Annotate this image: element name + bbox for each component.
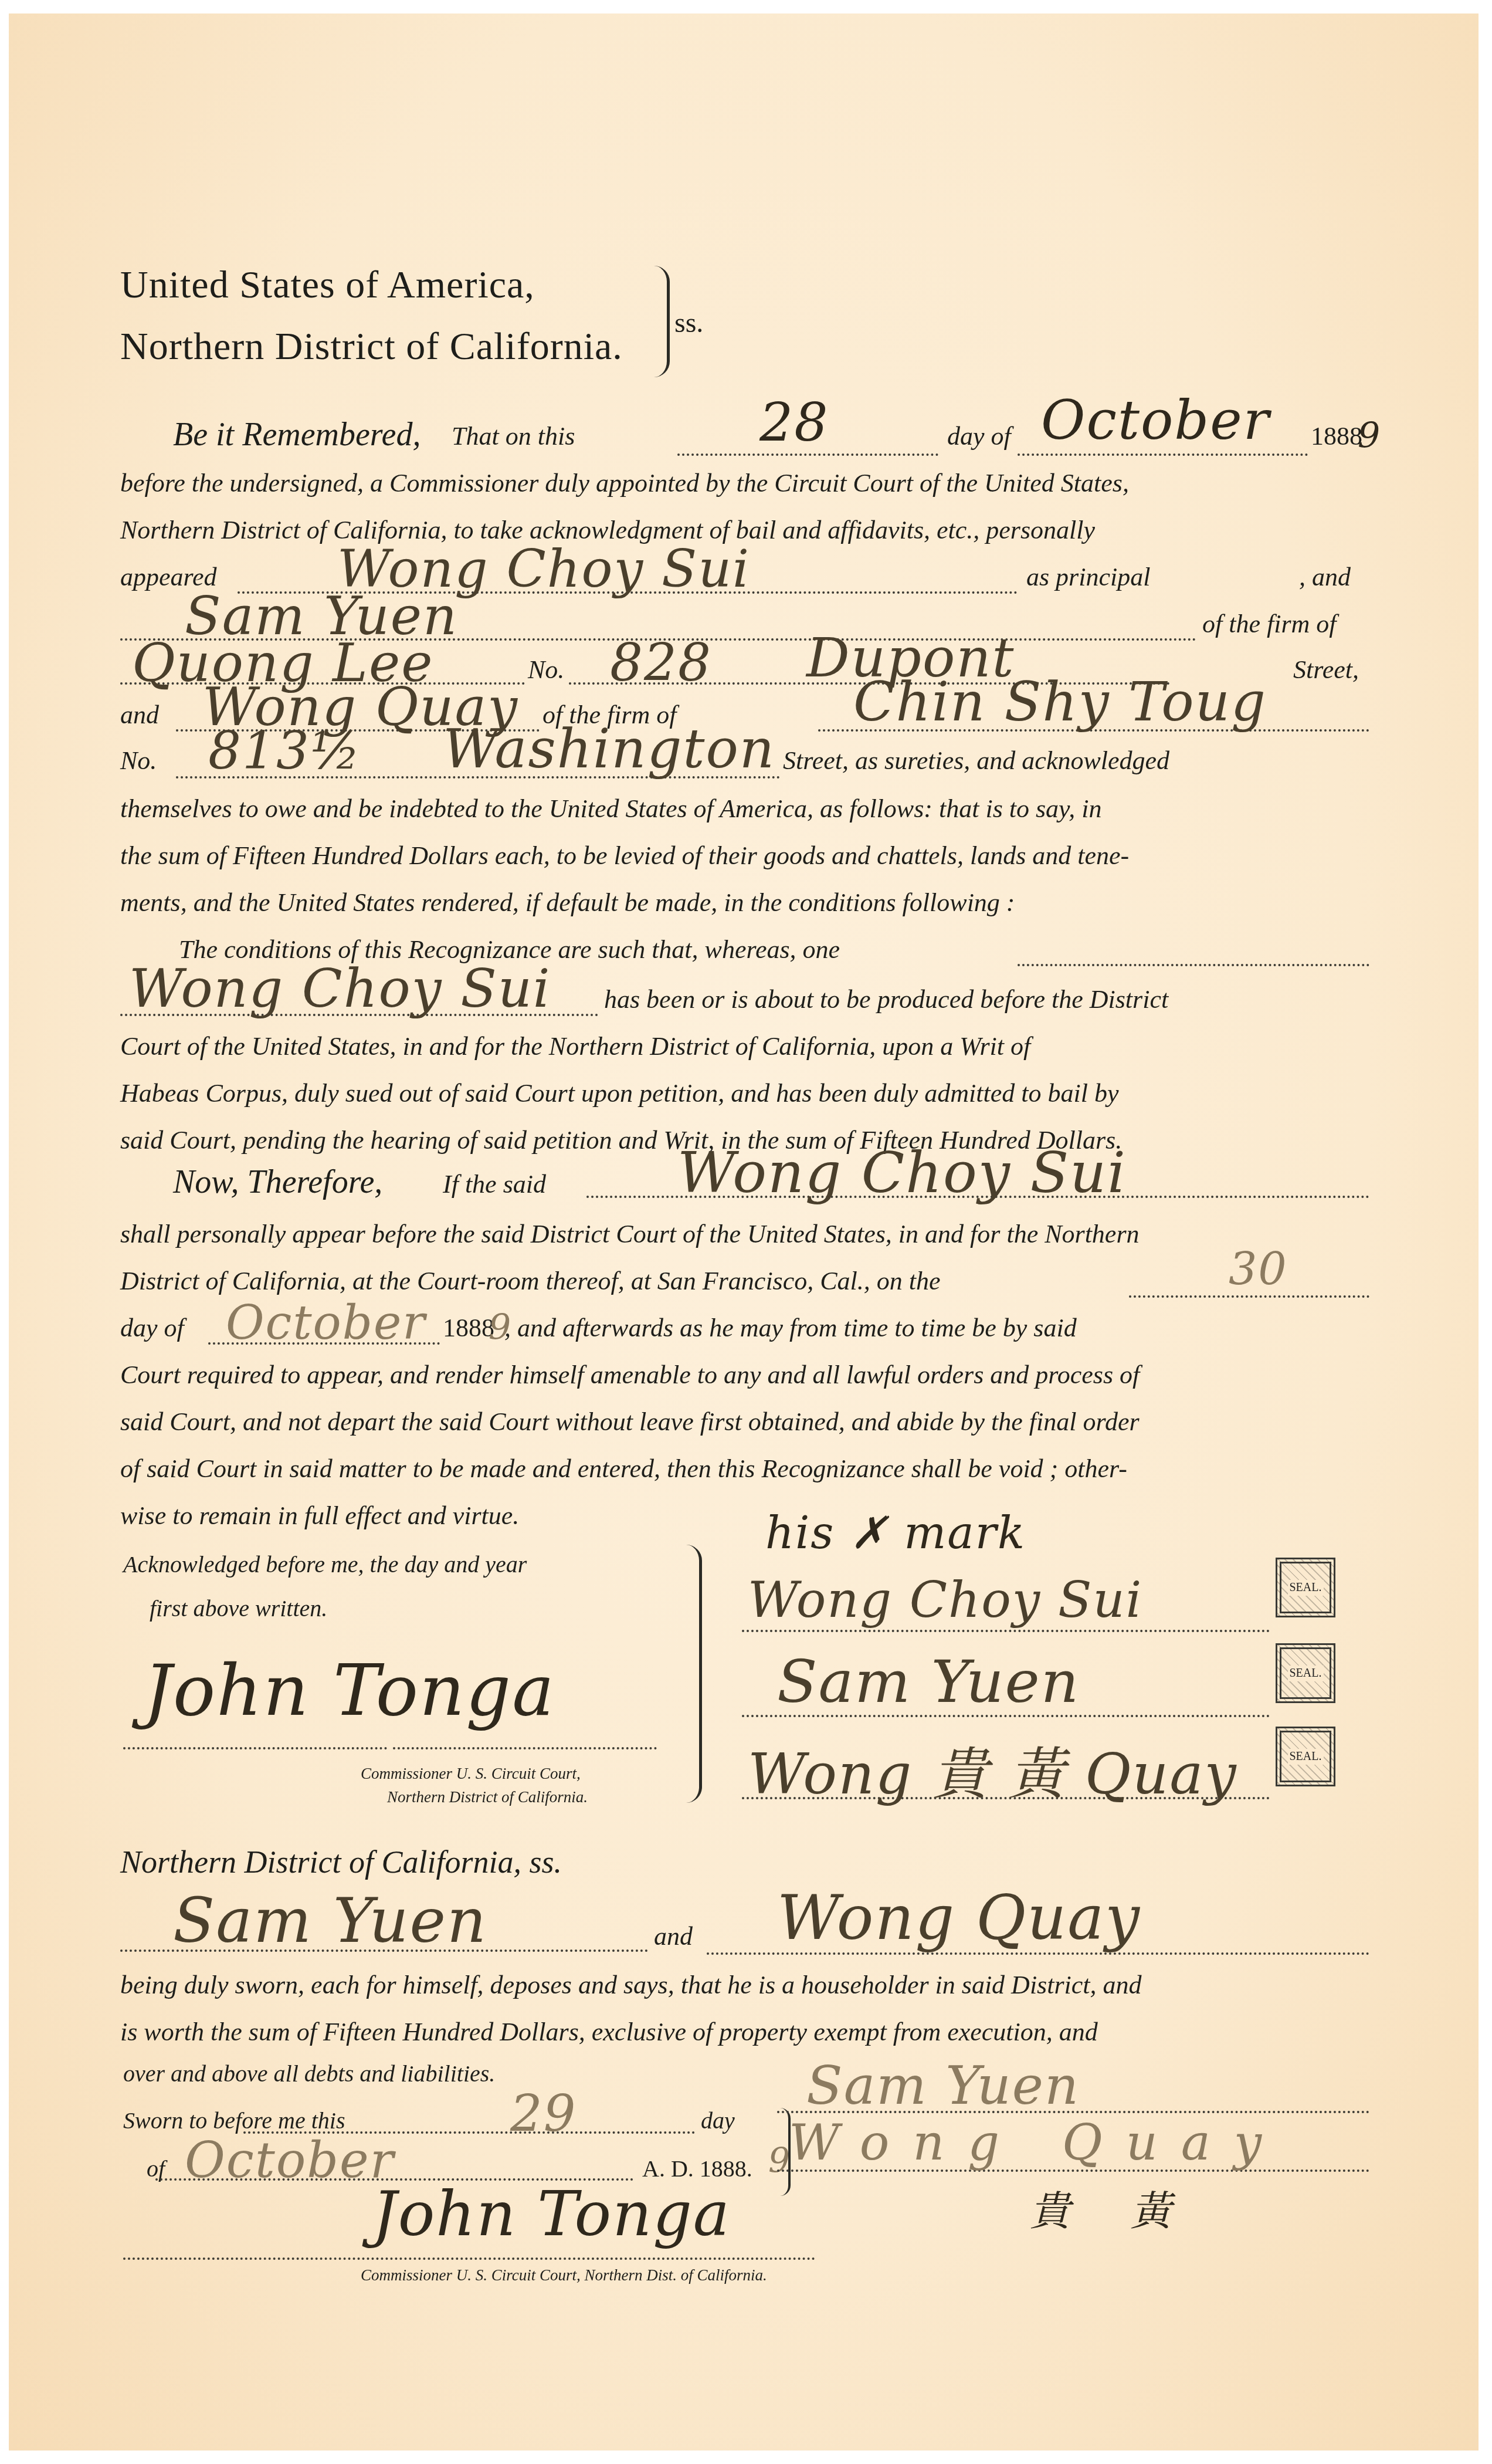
sureties-line: Street, as sureties, and acknowledged (783, 746, 1169, 776)
sworn-month-value: October (185, 2131, 395, 2189)
header-brace (654, 266, 670, 377)
commissioner-fill-line-1 (123, 1747, 387, 1749)
seal-label-2: SEAL. (1288, 1666, 1324, 1681)
day-value: 28 (759, 392, 829, 453)
ments-line: ments, and the United States rendered, i… (120, 888, 1015, 918)
affidavit-heading: Northern District of California, ss. (120, 1844, 562, 1880)
signature-surety-1: Sam Yuen (777, 1647, 1080, 1716)
commissioner-fill-line-1b (393, 1747, 657, 1749)
seal-3: SEAL. (1276, 1727, 1335, 1786)
commissioner-signature-1: John Tonga (144, 1650, 555, 1732)
therefore-month-value: October (226, 1295, 426, 1350)
therefore-day-fill-line (1129, 1295, 1369, 1298)
header-line-2: Northern District of California. (120, 324, 623, 369)
therefore-line-8: wise to remain in full effect and virtue… (120, 1501, 519, 1531)
be-it-remembered: Be it Remembered, (173, 416, 421, 453)
commissioner-signature-2: John Tonga (372, 2178, 731, 2250)
commissioner-title-2: Northern District of California. (387, 1788, 588, 1806)
sworn-label: Sworn to before me this (123, 2107, 345, 2134)
seal-label-3: SEAL. (1288, 1749, 1324, 1765)
therefore-line-6: said Court, and not depart the said Cour… (120, 1407, 1140, 1437)
commissioner-title-affidavit: Commissioner U. S. Circuit Court, Northe… (361, 2266, 767, 2284)
signature-fill-line-1 (742, 1630, 1270, 1632)
affidavit-surety1-value: Sam Yuen (173, 1885, 487, 1957)
year-overwrite: 9 (1358, 415, 1381, 456)
no2-value: 813½ (208, 720, 361, 781)
signature-principal: Wong Choy Sui (748, 1571, 1142, 1629)
conditions-fill-line-1 (1018, 964, 1369, 966)
year-printed: 1888 (1311, 421, 1362, 451)
therefore-year-printed: 1888 (443, 1313, 494, 1343)
street2-value: Washington (443, 717, 775, 780)
no1-value: 828 (610, 632, 712, 693)
day-of-label: day of (947, 421, 1011, 451)
seal-1: SEAL. (1276, 1558, 1335, 1617)
affidavit-line-1: being duly sworn, each for himself, depo… (120, 1970, 1142, 2000)
no-label-1: No. (528, 655, 564, 685)
acknowledgment-brace (686, 1545, 702, 1803)
as-principal-label: as principal (1026, 562, 1150, 592)
seal-2: SEAL. (1276, 1643, 1335, 1703)
therefore-day-value: 30 (1229, 1243, 1288, 1295)
affidavit-line-2: is worth the sum of Fifteen Hundred Doll… (120, 2017, 1098, 2047)
therefore-name-value: Wong Choy Sui (677, 1140, 1127, 1206)
sworn-day-label: day (701, 2107, 735, 2134)
conditions-name-value: Wong Choy Sui (129, 958, 551, 1020)
therefore-day-of-label: day of (120, 1313, 184, 1343)
owe-line: themselves to owe and be indebted to the… (120, 794, 1101, 824)
conditions-line-4: Habeas Corpus, duly sued out of said Cou… (120, 1078, 1118, 1108)
conditions-line-3: Court of the United States, in and for t… (120, 1031, 1030, 1061)
affidavit-and-label: and (654, 1921, 693, 1951)
mark-note: his ✗ mark (765, 1507, 1026, 1559)
acknowledged-line-1: Acknowledged before me, the day and year (123, 1551, 527, 1578)
affiant-signature-1: Sam Yuen (806, 2055, 1080, 2117)
month-value: October (1041, 389, 1270, 452)
conditions-line-2: has been or is about to be produced befo… (604, 984, 1168, 1014)
affidavit-line-3: over and above all debts and liabilities… (123, 2060, 495, 2087)
and-label-2: and (120, 700, 159, 730)
signature-surety-2: Wong 貴 黃 Quay (748, 1729, 1237, 1810)
firm2-value: Chin Shy Toug (853, 671, 1267, 733)
street-label-1: Street, (1293, 655, 1359, 685)
therefore-line-4: , and afterwards as he may from time to … (504, 1313, 1077, 1343)
opening-line-2: before the undersigned, a Commissioner d… (120, 468, 1129, 498)
header-line-1: United States of America, (120, 263, 535, 307)
affidavit-surety2-value: Wong Quay (777, 1882, 1141, 1954)
therefore-line-7: of said Court in said matter to be made … (120, 1454, 1127, 1484)
day-fill-line (677, 453, 938, 456)
that-on-this-label: That on this (452, 421, 575, 451)
affiant-chinese-signature: 貴 黃 (1029, 2178, 1195, 2238)
and-label-1: , and (1299, 562, 1351, 592)
sum-line: the sum of Fifteen Hundred Dollars each,… (120, 841, 1129, 871)
therefore-line-5: Court required to appear, and render him… (120, 1360, 1140, 1390)
commissioner-fill-line-2 (123, 2257, 815, 2260)
sworn-day-value: 29 (510, 2084, 577, 2143)
therefore-line-3: District of California, at the Court-roo… (120, 1266, 941, 1296)
commissioner-title-1: Commissioner U. S. Circuit Court, (361, 1765, 581, 1783)
month-fill-line (1018, 453, 1308, 456)
affiant-signature-2: Wong Quay (789, 2114, 1285, 2171)
ss-mark: ss. (674, 307, 703, 339)
acknowledged-line-2: first above written. (150, 1595, 327, 1622)
document-page: United States of America, Northern Distr… (9, 13, 1479, 2451)
if-the-said-label: If the said (443, 1169, 546, 1199)
now-therefore: Now, Therefore, (173, 1163, 382, 1201)
no-label-2: No. (120, 746, 157, 776)
therefore-line-2: shall personally appear before the said … (120, 1219, 1140, 1249)
seal-label-1: SEAL. (1288, 1580, 1324, 1596)
of-the-firm-of-label: of the firm of (1202, 609, 1337, 639)
